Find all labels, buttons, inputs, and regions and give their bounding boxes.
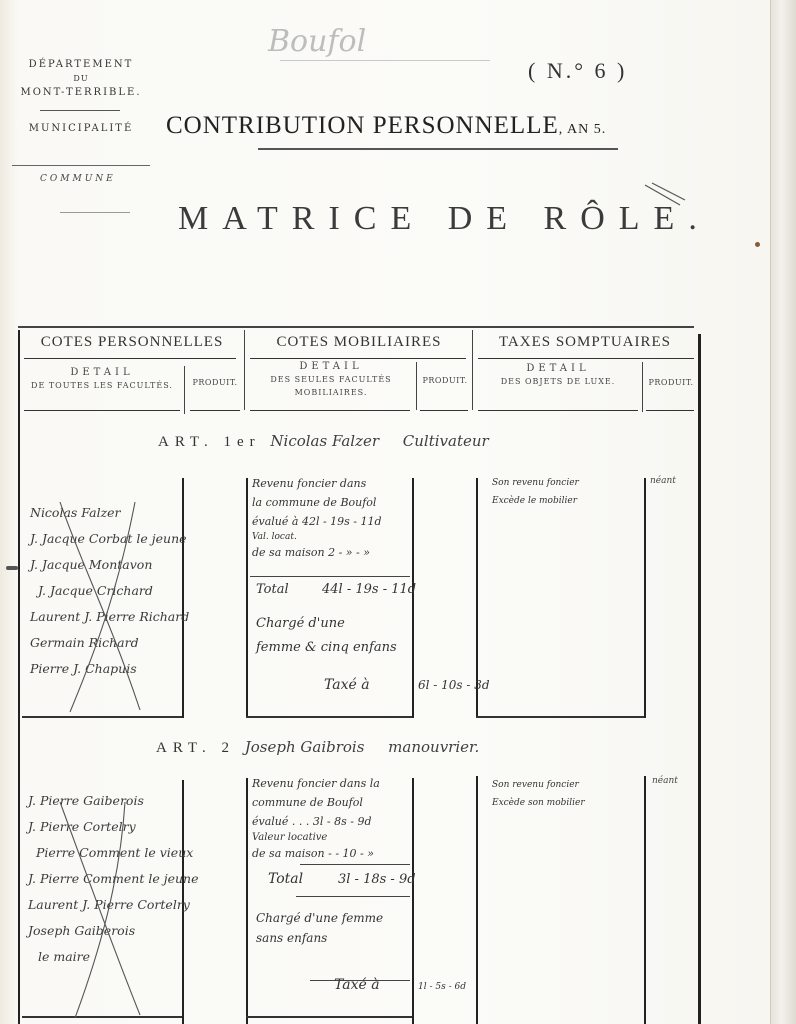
list-item: J. Pierre Gaiberois [28, 788, 268, 814]
taxpayer-name: Nicolas Falzer [270, 432, 379, 450]
section-divider [244, 330, 245, 410]
year-suffix: , AN 5. [559, 122, 606, 137]
divider [24, 410, 180, 411]
divider [190, 410, 240, 411]
row-bottom-rule [476, 716, 644, 718]
taxe-value: 6l - 10s - 3d [418, 676, 490, 695]
divider [24, 358, 236, 359]
list-item: Laurent J. Pierre Cortelry [28, 892, 268, 918]
charge-line: Chargé d'une [256, 612, 397, 636]
commune-label: COMMUNE [40, 174, 116, 184]
section-title-personnelles: COTES PERSONNELLES [20, 334, 244, 351]
divider [250, 358, 466, 359]
somptuaires-detail: Son revenu foncier Excède son mobilier [492, 776, 585, 812]
divider [250, 410, 410, 411]
divider [478, 358, 694, 359]
divider [40, 110, 120, 111]
document-subtitle: MATRICE DE RÔLE. [178, 200, 711, 238]
list-item: J. Pierre Cortelry [28, 814, 268, 840]
section-title-somptuaires: TAXES SOMPTUAIRES [474, 334, 696, 351]
taxe-value: 1l - 5s - 6d [418, 978, 466, 997]
taxpayer-name: Joseph Gaibrois [245, 738, 365, 756]
document-title: CONTRIBUTION PERSONNELLE, AN 5. [166, 112, 606, 140]
divider [280, 60, 490, 61]
detail-header-personnelles: DETAIL DE TOUTES LES FACULTÉS. [20, 366, 184, 392]
municipalite-label: MUNICIPALITÉ [12, 122, 150, 136]
charge-line: femme & cinq enfans [256, 636, 397, 660]
divider [250, 576, 410, 577]
mobiliaires-detail: Revenu foncier dans la commune de Boufol… [252, 774, 412, 863]
detail-line: commune de Boufol [252, 793, 412, 812]
divider [296, 896, 410, 897]
list-item: Pierre J. Chapuis [30, 656, 260, 682]
detail-sub: DE TOUTES LES FACULTÉS. [20, 379, 184, 392]
divider [420, 410, 468, 411]
detail-line: évalué à 42l - 19s - 11d [252, 512, 412, 531]
pen-stroke-icon [640, 180, 690, 210]
row-bottom-rule [22, 716, 182, 718]
divider [60, 212, 130, 213]
detail-line: la commune de Boufol [252, 493, 412, 512]
somptuaires-produit: néant [650, 476, 676, 486]
article-heading: ART. 2 Joseph Gaibrois manouvrier. [156, 738, 479, 757]
list-item: J. Jacque Montavon [30, 552, 260, 578]
departement-name: MONT-TERRIBLE. [12, 86, 150, 100]
taxe-label: Taxé à [324, 676, 370, 695]
divider [300, 864, 410, 865]
mobiliaires-charge: Chargé d'une femme sans enfans [256, 908, 383, 948]
taxpayer-occupation: manouvrier. [388, 738, 479, 756]
detail-sub: DES OBJETS DE LUXE. [474, 375, 642, 388]
detail-line: Excède son mobilier [492, 794, 585, 812]
detail-label: DETAIL [20, 366, 184, 379]
taxe-label: Taxé à [334, 976, 380, 995]
cell-border [644, 776, 646, 1024]
detail-header-somptuaires: DETAIL DES OBJETS DE LUXE. [474, 362, 642, 388]
charge-line: Chargé d'une femme [256, 908, 383, 928]
divider [478, 410, 638, 411]
du-label: DU [12, 72, 150, 86]
list-item: Joseph Gaiberois [28, 918, 268, 944]
detail-label: DETAIL [246, 360, 416, 373]
list-item: Laurent J. Pierre Richard [30, 604, 260, 630]
paper-stain [755, 242, 760, 247]
somptuaires-produit: néant [652, 776, 678, 786]
mobiliaires-total-label: Total [268, 870, 303, 889]
charge-line: sans enfans [256, 928, 383, 948]
title-underline [258, 148, 618, 150]
list-item: Germain Richard [30, 630, 260, 656]
row-bottom-rule [22, 1016, 182, 1018]
title-text: CONTRIBUTION PERSONNELLE [166, 112, 559, 139]
personnelles-name-list: Nicolas Falzer J. Jacque Corbat le jeune… [30, 500, 260, 682]
section-title-mobiliaires: COTES MOBILIAIRES [246, 334, 472, 351]
list-item: Pierre Comment le vieux [28, 840, 268, 866]
detail-line: Son revenu foncier [492, 474, 579, 492]
cell-border [644, 478, 646, 718]
departement-label: DÉPARTEMENT [12, 58, 150, 72]
detail-line: de sa maison 2 - » - » [252, 543, 412, 562]
produit-header: PRODUIT. [644, 378, 698, 387]
detail-line: Val. locat. [252, 531, 412, 543]
cell-border [476, 776, 478, 1024]
detail-line: de sa maison - - 10 - » [252, 844, 412, 863]
taxpayer-occupation: Cultivateur [403, 432, 489, 450]
article-label: ART. 1er [158, 434, 261, 450]
table-top-rule [18, 326, 694, 328]
departement-block: DÉPARTEMENT DU MONT-TERRIBLE. [12, 58, 150, 100]
mobiliaires-total-value: 44l - 19s - 11d [322, 580, 416, 599]
detail-line: Revenu foncier dans la [252, 774, 412, 793]
article-label: ART. 2 [156, 740, 235, 756]
produit-header: PRODUIT. [186, 378, 244, 387]
mobiliaires-charge: Chargé d'une femme & cinq enfans [256, 612, 397, 660]
municipalite-block: MUNICIPALITÉ [12, 122, 150, 136]
mobiliaires-total-value: 3l - 18s - 9d [338, 870, 416, 889]
row-bottom-rule [246, 716, 412, 718]
detail-line: Son revenu foncier [492, 776, 585, 794]
binding-mark [6, 566, 18, 570]
detail-header-mobiliaires: DETAIL DES SEULES FACULTÉS MOBILIAIRES. [246, 360, 416, 399]
cell-border [412, 778, 414, 1024]
detail-line: Revenu foncier dans [252, 474, 412, 493]
column-divider [642, 362, 643, 412]
list-item: J. Jacque Corbat le jeune [30, 526, 260, 552]
section-divider [472, 330, 473, 410]
somptuaires-detail: Son revenu foncier Excède le mobilier [492, 474, 579, 510]
detail-line: Valeur locative [252, 831, 412, 844]
produit-header: PRODUIT. [418, 376, 472, 385]
mobiliaires-detail: Revenu foncier dans la commune de Boufol… [252, 474, 412, 562]
divider [646, 410, 694, 411]
detail-line: évalué . . . 3l - 8s - 9d [252, 812, 412, 831]
document-number: ( N.° 6 ) [528, 58, 627, 84]
table-left-border [18, 330, 20, 1024]
page-edge [770, 0, 796, 1024]
list-item: Nicolas Falzer [30, 500, 260, 526]
mobiliaires-total-label: Total [256, 580, 289, 599]
divider [12, 165, 150, 166]
commune-handwritten: Boufol [268, 24, 366, 59]
document-page: DÉPARTEMENT DU MONT-TERRIBLE. MUNICIPALI… [0, 0, 770, 1024]
personnelles-name-list: J. Pierre Gaiberois J. Pierre Cortelry P… [28, 788, 268, 970]
article-heading: ART. 1er Nicolas Falzer Cultivateur [158, 432, 489, 451]
column-divider [184, 366, 185, 414]
list-item: J. Jacque Crichard [30, 578, 260, 604]
detail-line: Excède le mobilier [492, 492, 579, 510]
list-item: le maire [28, 944, 268, 970]
detail-sub: DES SEULES FACULTÉS MOBILIAIRES. [246, 373, 416, 399]
column-divider [416, 362, 417, 410]
detail-label: DETAIL [474, 362, 642, 375]
list-item: J. Pierre Comment le jeune [28, 866, 268, 892]
row-bottom-rule [246, 1016, 412, 1018]
table-right-border [698, 334, 701, 1024]
